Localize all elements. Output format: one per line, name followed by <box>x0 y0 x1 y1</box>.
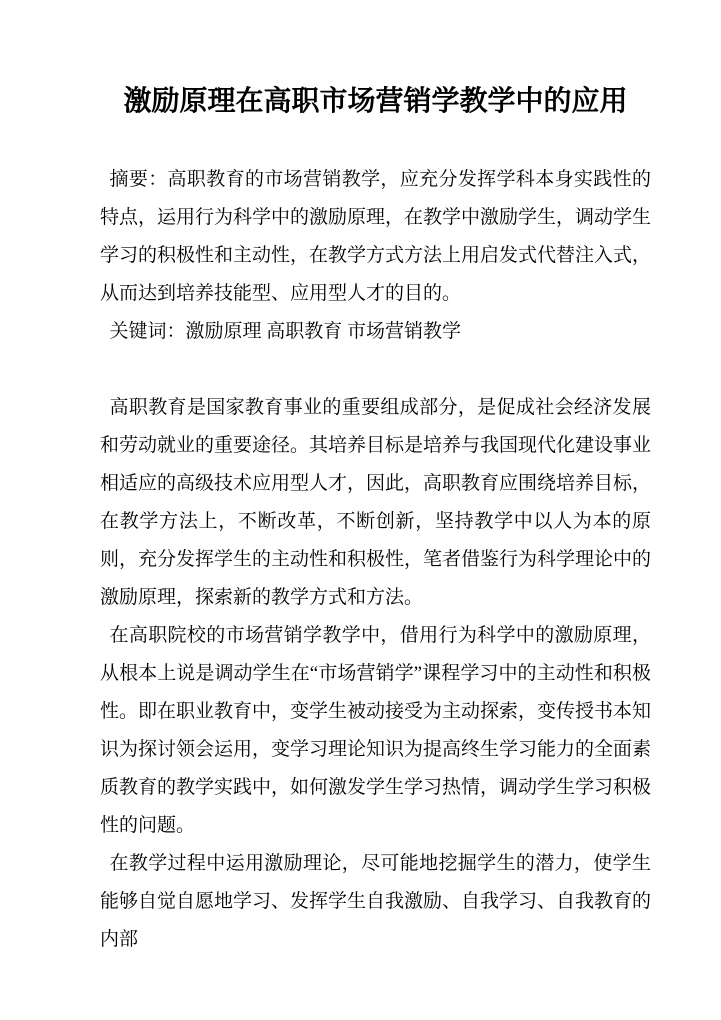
document-content: 激励原理在高职市场营销学教学中的应用 摘要：高职教育的市场营销教学，应充分发挥学… <box>100 0 651 959</box>
document-page: 激励原理在高职市场营销学教学中的应用 摘要：高职教育的市场营销教学，应充分发挥学… <box>0 0 721 1020</box>
body-paragraph-2: 在高职院校的市场营销学教学中，借用行为科学中的激励原理，从根本上说是调动学生在“… <box>100 617 651 845</box>
document-title: 激励原理在高职市场营销学教学中的应用 <box>100 80 651 124</box>
body-paragraph-3: 在教学过程中运用激励理论，尽可能地挖掘学生的潜力，使学生能够自觉自愿地学习、发挥… <box>100 845 651 959</box>
abstract-paragraph: 摘要：高职教育的市场营销教学，应充分发挥学科本身实践性的特点，运用行为科学中的激… <box>100 161 651 313</box>
body-paragraph-1: 高职教育是国家教育事业的重要组成部分，是促成社会经济发展和劳动就业的重要途径。其… <box>100 389 651 617</box>
keywords-line: 关键词：激励原理 高职教育 市场营销教学 <box>100 313 651 351</box>
